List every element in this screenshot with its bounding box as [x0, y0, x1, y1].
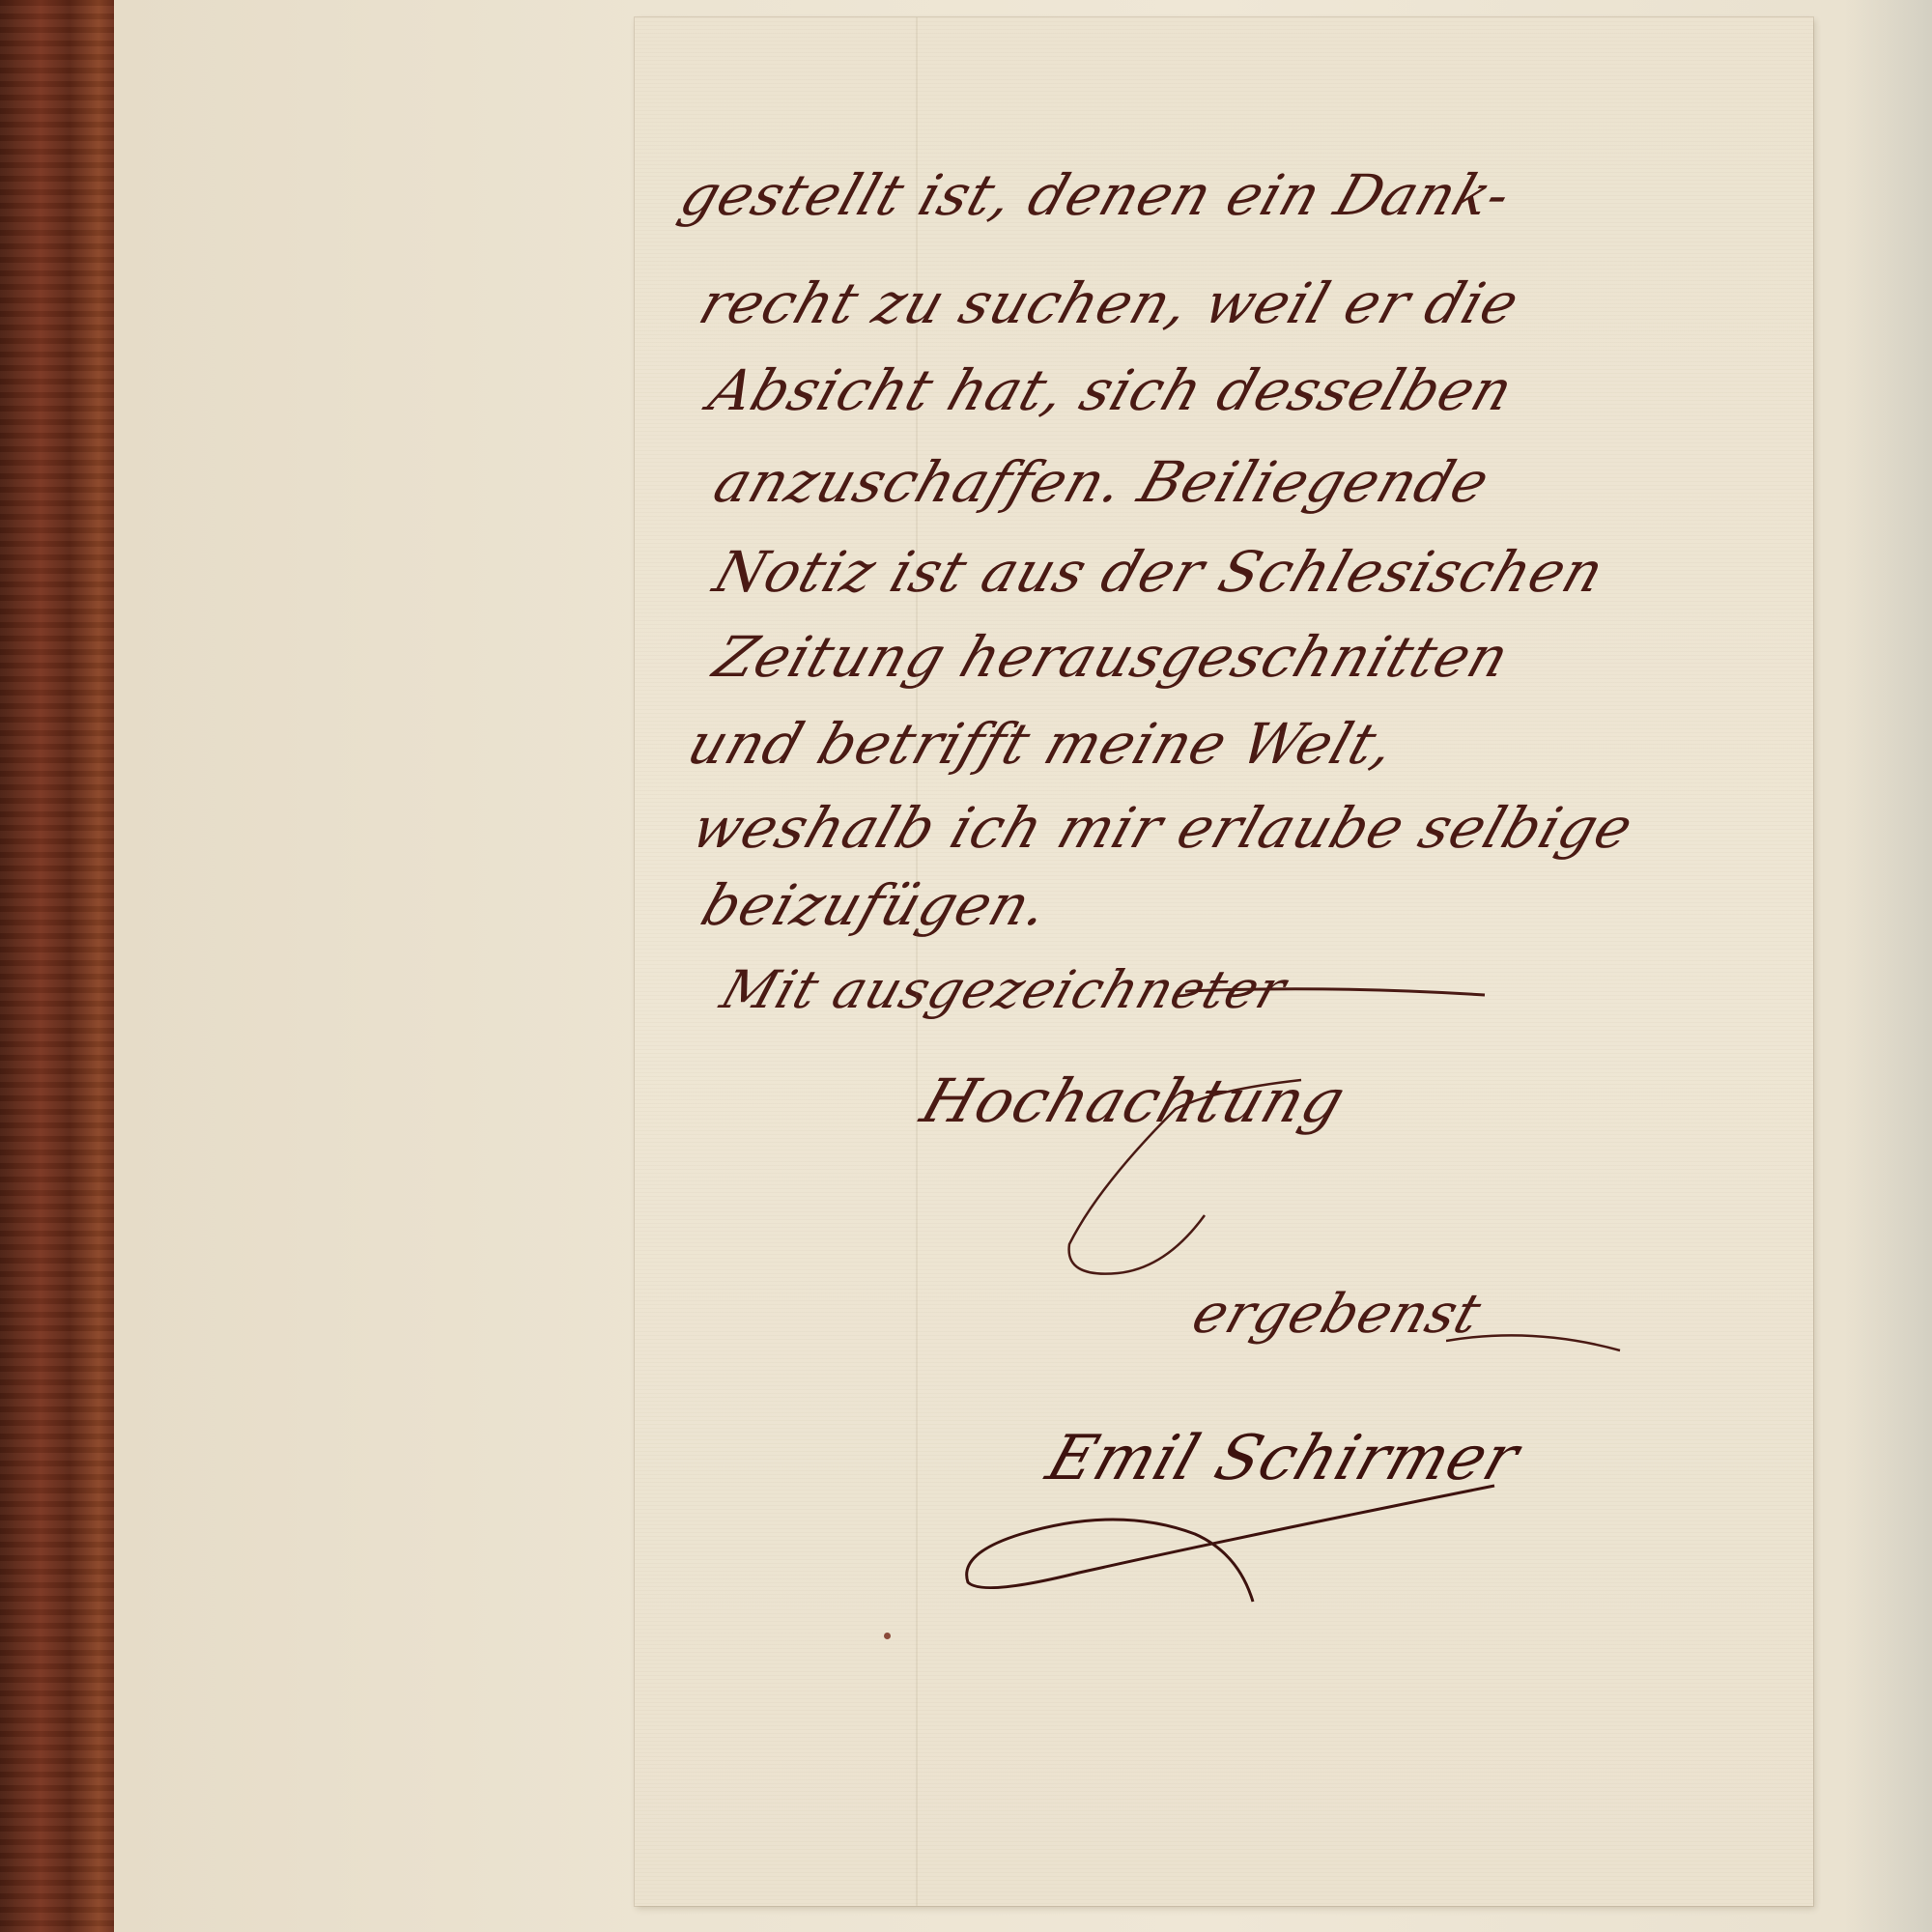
page-edge-shadow	[1845, 0, 1932, 1932]
letter-line-7: und betrifft meine Welt,	[680, 711, 1405, 777]
letter-line-3: Absicht hat, sich desselben	[701, 357, 1521, 423]
valediction: ergebenst	[1184, 1283, 1489, 1346]
letter-line-9: beizufügen.	[694, 872, 1058, 938]
letter-sheet: gestellt ist, denen ein Dank- recht zu s…	[635, 17, 1813, 1906]
letter-line-8: weshalb ich mir erlaube selbige	[684, 795, 1642, 861]
valediction-flourish	[1446, 1312, 1639, 1370]
signature-flourish	[963, 1476, 1504, 1611]
letter-line-2: recht zu suchen, weil er die	[692, 270, 1528, 336]
paper-spot	[884, 1633, 891, 1639]
letter-line-5: Notiz ist aus der Schlesischen	[706, 539, 1612, 605]
paper-fold-line	[916, 17, 918, 1906]
closing-underline-flourish	[1185, 983, 1494, 1003]
wooden-table-edge	[0, 0, 116, 1932]
letter-line-1: gestellt ist, denen ein Dank-	[672, 162, 1520, 228]
letter-line-4: anzuschaffen. Beiliegende	[706, 449, 1498, 515]
closing-word-flourish	[1060, 1070, 1311, 1283]
letter-line-6: Zeitung herausgeschnitten	[706, 624, 1518, 690]
